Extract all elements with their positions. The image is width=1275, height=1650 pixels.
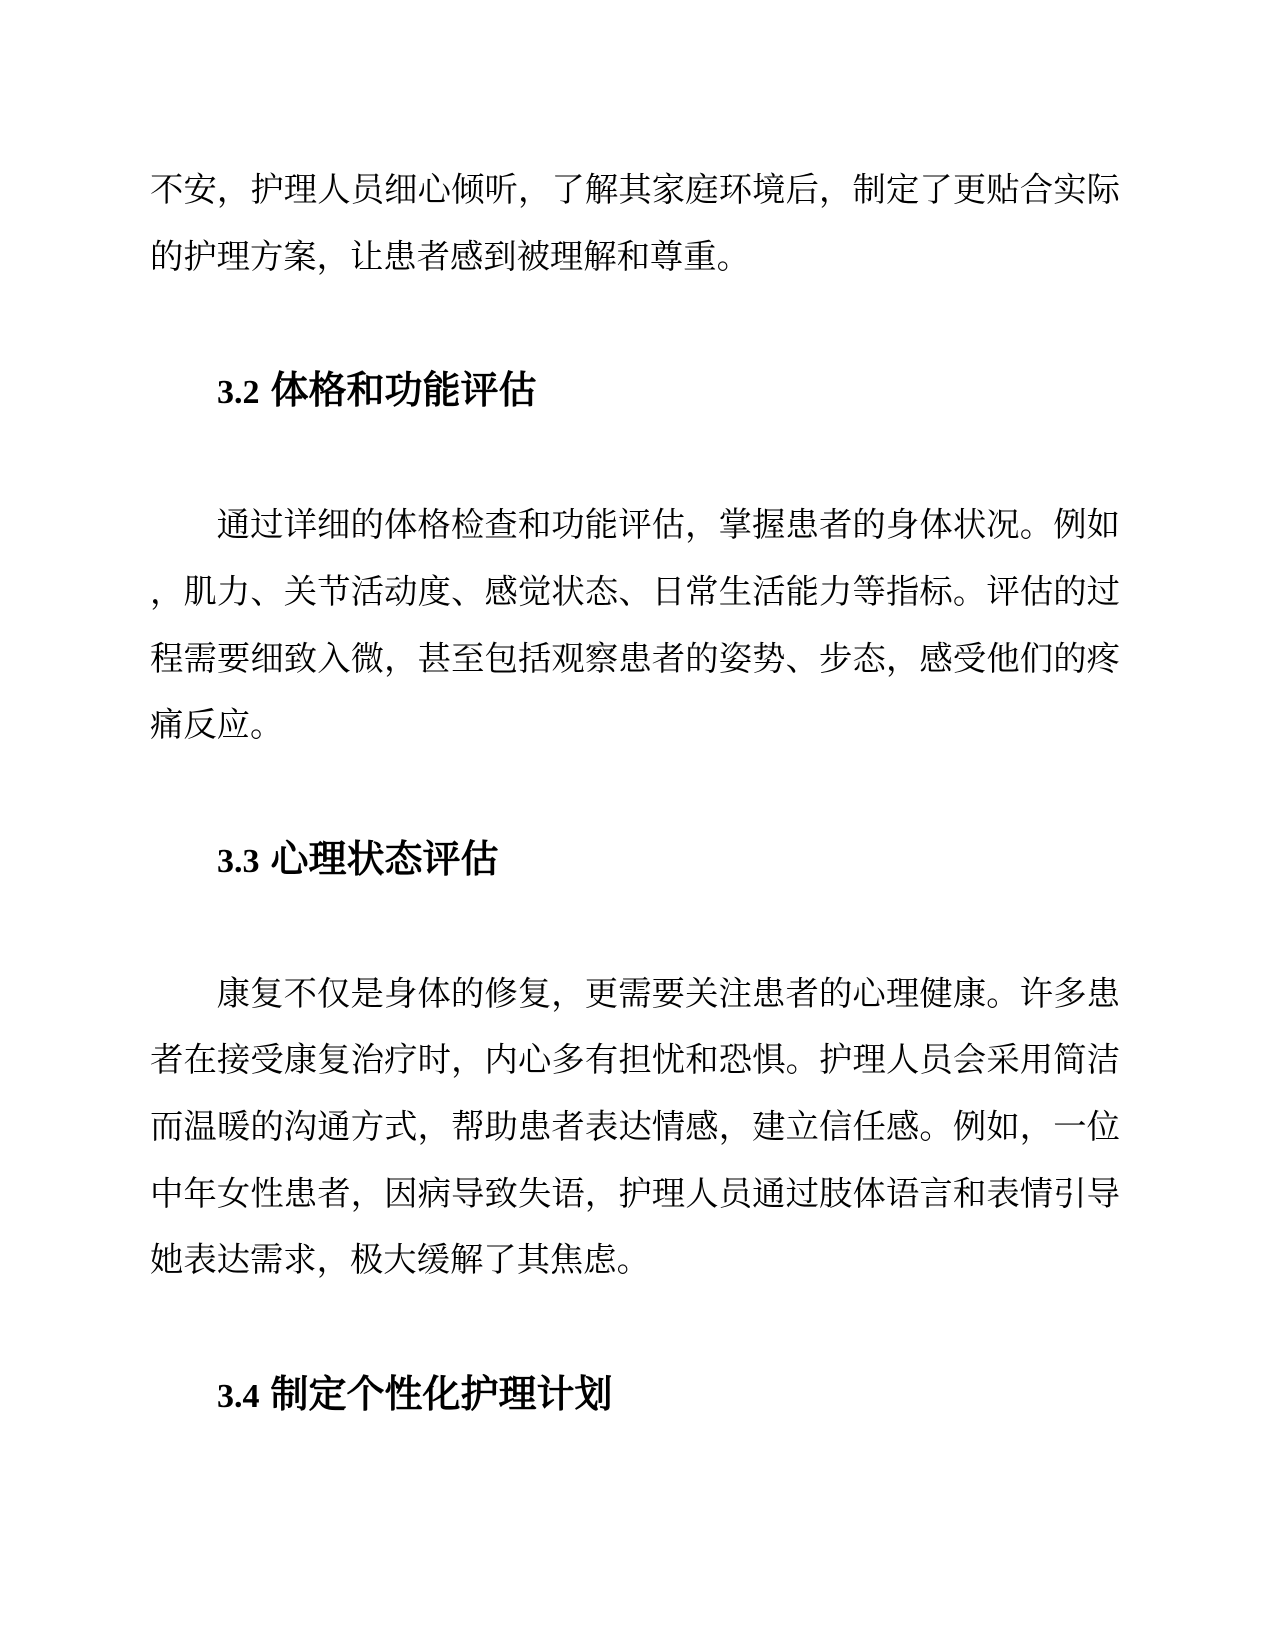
paragraph: 不安，护理人员细心倾听，了解其家庭环境后，制定了更贴合实际的护理方案，让患者感到… [150, 158, 1120, 291]
heading-title: 制定个性化护理计划 [271, 1374, 613, 1416]
section-heading-3.4: 3.4制定个性化护理计划 [150, 1362, 1120, 1431]
heading-number: 3.2 [217, 374, 260, 411]
heading-title: 心理状态评估 [271, 839, 499, 881]
heading-number: 3.3 [217, 843, 260, 880]
heading-number: 3.4 [217, 1378, 260, 1415]
document-content: 不安，护理人员细心倾听，了解其家庭环境后，制定了更贴合实际的护理方案，让患者感到… [150, 158, 1120, 1430]
section-heading-3.3: 3.3心理状态评估 [150, 827, 1120, 896]
paragraph: 通过详细的体格检查和功能评估，掌握患者的身体状况。例如，肌力、关节活动度、感觉状… [150, 493, 1120, 760]
heading-title: 体格和功能评估 [271, 370, 537, 412]
paragraph: 康复不仅是身体的修复，更需要关注患者的心理健康。许多患者在接受康复治疗时，内心多… [150, 962, 1120, 1295]
section-heading-3.2: 3.2体格和功能评估 [150, 358, 1120, 427]
document-page: 不安，护理人员细心倾听，了解其家庭环境后，制定了更贴合实际的护理方案，让患者感到… [0, 0, 1275, 1650]
